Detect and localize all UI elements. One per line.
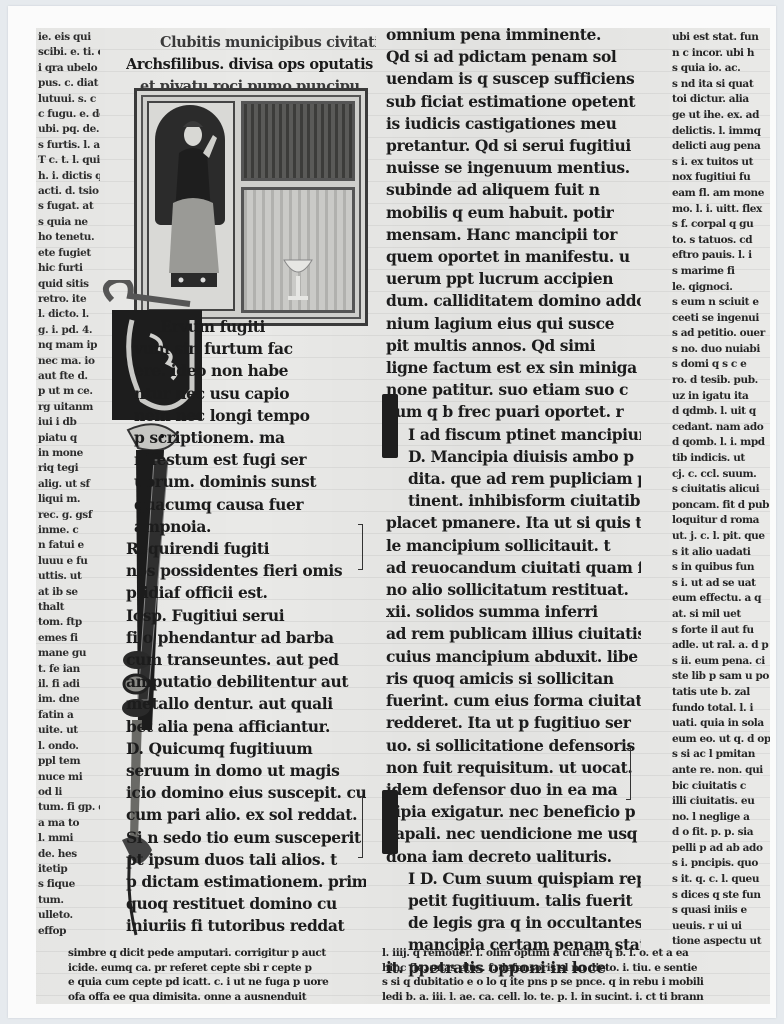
column-a: Ervum fugitivum sin furtum facere. ideo …: [126, 316, 366, 938]
gloss-line: s ciuitatis alicui: [672, 482, 770, 498]
text-line: nuisse se ingenuum mentius.: [386, 157, 641, 179]
gloss-line: effop: [38, 924, 100, 939]
seated-figure-icon: [163, 113, 219, 303]
gloss-line: eam fl. am mone: [672, 186, 770, 202]
gloss-line: s in quibus fun: [672, 560, 770, 576]
footer-gloss-line: hinc fle. pnas eius. f. defensoris sl no…: [382, 961, 770, 976]
gloss-line: ete fugiet: [38, 246, 100, 261]
gloss-line: p ut m ce.: [38, 384, 100, 399]
footer-gloss-left: simbre q dicit pede amputari. corrigitur…: [68, 946, 368, 1004]
gloss-line: s quasi iniis e: [672, 903, 770, 919]
gloss-line: tatis ute b. zal: [672, 685, 770, 701]
text-line: Si n sedo tio eum susceperit: [126, 827, 366, 849]
margin-bracket: [358, 796, 363, 858]
gloss-line: nq mam ip: [38, 338, 100, 353]
gloss-line: s dices q ste fun: [672, 888, 770, 904]
text-line: xii. solidos summa inferri: [386, 601, 641, 623]
gloss-line: s furtis. l. a: [38, 138, 100, 153]
gloss-line: s si ac l pmitan: [672, 747, 770, 763]
text-line: tinent. inhibisform ciuitatib p: [386, 490, 641, 512]
text-line: redderet. Ita ut p fugitiuo ser: [386, 712, 641, 734]
gloss-line: tum. fi gp. de: [38, 800, 100, 815]
gloss-line: ppl tem: [38, 754, 100, 769]
gloss-line: cj. c. ccl. suum.: [672, 467, 770, 483]
text-line: ampnoia.: [126, 516, 366, 538]
gloss-line: s eum n sciuit e: [672, 295, 770, 311]
gloss-line: h. i. dictis q: [38, 169, 100, 184]
gloss-line: c fugu. e. do: [38, 107, 100, 122]
gloss-line: mo. l. i. uitt. flex: [672, 202, 770, 218]
gloss-line: uati. quia in sola: [672, 716, 770, 732]
text-line: D. Quicumq fugitiuum: [126, 738, 366, 760]
text-line: ligne factum est ex sin miniga: [386, 357, 641, 379]
header-line: Clubitis municipibus civitatis r: [126, 32, 376, 54]
gloss-line: t. fe ian: [38, 662, 100, 677]
footer-gloss-line: e quia cum cepte pd icatt. c. i ut ne fu…: [68, 975, 368, 990]
text-line: uerum ppt lucrum accipien: [386, 268, 641, 290]
gloss-line: d qdmb. l. uit q: [672, 404, 770, 420]
text-line: I ad fiscum ptinet mancipium.: [386, 424, 641, 446]
gloss-line: aut fte d.: [38, 369, 100, 384]
text-line: cum transeuntes. aut ped: [126, 649, 366, 671]
text-line: D. Mancipia diuisis ambo p: [386, 446, 641, 468]
miniature-curtain-panel: [241, 187, 355, 313]
gloss-line: eftro pauis. l. i: [672, 248, 770, 264]
gloss-line: a ma to: [38, 816, 100, 831]
text-line: Requirendi fugiti: [126, 538, 366, 560]
gloss-line: d qomb. l. i. mpd: [672, 435, 770, 451]
gloss-line: cedant. nam ado: [672, 420, 770, 436]
text-line: dita. que ad rem pupliciam p: [386, 468, 641, 490]
text-line: sub ficiat estimatione opetent: [386, 91, 641, 113]
text-line: mobilis q eum habuit. potir: [386, 202, 641, 224]
gloss-line: alig. ut sf: [38, 477, 100, 492]
gloss-line: at ib se: [38, 585, 100, 600]
gloss-line: nuce mi: [38, 770, 100, 785]
text-line: none patitur. suo etiam suo c: [386, 379, 641, 401]
text-line: le mancipium sollicitauit. t: [386, 535, 641, 557]
gloss-line: illi ciuitatis. eu: [672, 794, 770, 810]
text-line: placet pmanere. Ita ut si quis ta: [386, 512, 641, 534]
gloss-line: im. dne: [38, 692, 100, 707]
gloss-line: tib indicis. ut: [672, 451, 770, 467]
gloss-line: nox fugitiui fu: [672, 170, 770, 186]
text-line: vum sin furtum fac: [126, 338, 366, 360]
text-line: Iosp. Fugitiui serui: [126, 605, 366, 627]
text-line: ad reuocandum ciuitati quam f: [386, 557, 641, 579]
footer-gloss-line: s si q dubitatio e o lo q ite pns p se p…: [382, 975, 770, 990]
text-line: omnium pena imminente.: [386, 28, 641, 46]
gloss-line: emes fi: [38, 631, 100, 646]
gloss-line: s fique: [38, 877, 100, 892]
gloss-line: od li: [38, 785, 100, 800]
gloss-line: liqui m.: [38, 492, 100, 507]
gloss-line: fatin a: [38, 708, 100, 723]
gloss-line: hic furti: [38, 261, 100, 276]
text-line: I D. Cum suum quispiam rep: [386, 868, 641, 890]
text-line: pfidiaf officii est.: [126, 582, 366, 604]
text-line: quem oportet in manifestu. u: [386, 246, 641, 268]
text-line: p dictam estimationem. primo: [126, 871, 366, 893]
text-line: capali. nec uendicione me usq: [386, 823, 641, 845]
gloss-line: delicti aug pena: [672, 139, 770, 155]
column-b: omnium pena imminente.Qd si ad pdictam p…: [386, 28, 641, 979]
gloss-line: toi dictur. alia: [672, 92, 770, 108]
text-line: uendam is q suscep sufficiens: [386, 68, 641, 90]
gloss-line: ste lib p sam u po: [672, 669, 770, 685]
text-line: no alio sollicitatum restituat.: [386, 579, 641, 601]
gloss-line: s quia ne: [38, 215, 100, 230]
gloss-line: eum eo. ut q. d op: [672, 732, 770, 748]
gloss-line: s nd ita si quat: [672, 77, 770, 93]
gloss-line: delictis. l. immq: [672, 124, 770, 140]
gloss-line: s domi q s c e: [672, 357, 770, 373]
gloss-line: s ii. eum pena. ci: [672, 654, 770, 670]
text-line: ntur nec usu capio: [126, 383, 366, 405]
text-line: quoq restituet domino cu: [126, 893, 366, 915]
gloss-line: s i. pncipis. quo: [672, 856, 770, 872]
gloss-line: uz in igatu ita: [672, 389, 770, 405]
photo-mount: ie. eis quiscibi. e. ti. ci qra ubelopus…: [8, 6, 776, 1018]
gloss-left-column: ie. eis quiscibi. e. ti. ci qra ubelopus…: [38, 30, 100, 939]
gloss-line: n fatui e: [38, 538, 100, 553]
text-line: pretantur. Qd si serui fugitiui: [386, 135, 641, 157]
gloss-line: ie. eis qui: [38, 30, 100, 45]
gloss-line: acti. d. tsio: [38, 184, 100, 199]
gloss-line: s forte il aut fu: [672, 623, 770, 639]
gloss-line: to. s tatuos. cd: [672, 233, 770, 249]
gloss-line: il. fi adi: [38, 677, 100, 692]
text-line: is iudicis castigationes meu: [386, 113, 641, 135]
footer-gloss-line: ofa offa ee qua dimisita. onne a ausnend…: [68, 990, 368, 1004]
text-line: fuerint. cum eius forma ciuitati: [386, 690, 641, 712]
text-line: pt ipsum duos tali alios. t: [126, 849, 366, 871]
manuscript-leaf: ie. eis quiscibi. e. ti. ci qra ubelopus…: [36, 28, 770, 1004]
text-line: mensam. Hanc mancipii tor: [386, 224, 641, 246]
gloss-line: ante re. non. qui: [672, 763, 770, 779]
gloss-line: uttis. ut: [38, 569, 100, 584]
gloss-line: s no. duo nuiabi: [672, 342, 770, 358]
text-line: dona iam decreto ualituris.: [386, 846, 641, 868]
footer-gloss-line: l. iiij. q remouer. l. olim optimi a cul…: [382, 946, 770, 961]
gloss-line: s marime fi: [672, 264, 770, 280]
initial-I-letter: [382, 790, 398, 854]
gloss-line: at. si mil uet: [672, 607, 770, 623]
gloss-line: l. dicto. l.: [38, 307, 100, 322]
text-line: cum q b frec puari oportet. r: [386, 401, 641, 423]
gloss-line: nec ma. io: [38, 354, 100, 369]
gloss-line: quid sitis: [38, 277, 100, 292]
footer-gloss-line: simbre q dicit pede amputari. corrigitur…: [68, 946, 368, 961]
gloss-line: retro. ite: [38, 292, 100, 307]
gloss-line: iui i db: [38, 415, 100, 430]
gloss-line: n c incor. ubi h: [672, 46, 770, 62]
gloss-line: ut. j. c. l. pit. que: [672, 529, 770, 545]
gloss-line: ge ut ihe. ex. ad: [672, 108, 770, 124]
gloss-line: inme. c: [38, 523, 100, 538]
text-line: cipia exigatur. nec beneficio p: [386, 801, 641, 823]
gloss-line: T c. t. l. qui: [38, 153, 100, 168]
gloss-line: adle. ut ral. a. d p: [672, 638, 770, 654]
gloss-line: in mone: [38, 446, 100, 461]
gloss-line: s it. q. c. l. queu: [672, 872, 770, 888]
gloss-line: lutuui. s. c: [38, 92, 100, 107]
text-line: nos possidentes fieri omis: [126, 560, 366, 582]
text-line: ad rem publicam illius ciuitatis.: [386, 623, 641, 645]
text-line: Ervum fugiti: [126, 316, 366, 338]
gloss-line: de. hes: [38, 847, 100, 862]
gloss-line: s i. ut ad se uat: [672, 576, 770, 592]
gloss-line: piatu q: [38, 431, 100, 446]
initial-I-letter: [382, 394, 398, 458]
gloss-line: no. l neglige a: [672, 810, 770, 826]
gloss-line: loquitur d roma: [672, 513, 770, 529]
footer-gloss-line: icide. eumq ca. pr referet cepte sbi r c…: [68, 961, 368, 976]
margin-bracket: [626, 748, 631, 800]
gloss-line: ubi est stat. fun: [672, 30, 770, 46]
gloss-line: ro. d tesib. pub.: [672, 373, 770, 389]
footer-gloss-right: l. iiij. q remouer. l. olim optimi a cul…: [382, 946, 770, 1004]
text-line: cuius mancipium abduxit. libe: [386, 646, 641, 668]
gloss-line: ubi. pq. de. 3. d: [38, 122, 100, 137]
text-line: p scriptionem. ma: [126, 427, 366, 449]
gloss-line: poncam. fit d pub: [672, 498, 770, 514]
gloss-line: s i. ex tuitos ut: [672, 155, 770, 171]
gloss-line: eum effectu. a q: [672, 591, 770, 607]
gloss-line: pelli p ad ab ado: [672, 841, 770, 857]
gloss-line: tum.: [38, 893, 100, 908]
gloss-line: le. qignoci.: [672, 280, 770, 296]
gloss-line: ueuis. r ui ui: [672, 919, 770, 935]
gloss-line: luuu e fu: [38, 554, 100, 569]
gloss-line: s it alio uadati: [672, 545, 770, 561]
gloss-line: uite. ut: [38, 723, 100, 738]
gloss-line: pus. c. diat: [38, 76, 100, 91]
gloss-line: s quia io. ac.: [672, 61, 770, 77]
gloss-line: s fugat. at: [38, 199, 100, 214]
text-line: amputatio debilitentur aut: [126, 671, 366, 693]
text-line: ris quoq amicis si sollicitan: [386, 668, 641, 690]
text-line: dum. calliditatem domino addo: [386, 290, 641, 312]
text-line: icio domino eius suscepit. cu: [126, 782, 366, 804]
text-line: nium lagium eius qui susce: [386, 313, 641, 335]
gloss-right-column: ubi est stat. funn c incor. ubi hs quia …: [672, 30, 770, 950]
text-line: Qd si ad pdictam penam sol: [386, 46, 641, 68]
gloss-line: d o fit. p. p. sia: [672, 825, 770, 841]
gloss-line: riq tegi: [38, 461, 100, 476]
text-line: bet alia pena afficiantur.: [126, 716, 366, 738]
gloss-line: ho tenetu.: [38, 230, 100, 245]
gloss-line: l. mmi: [38, 831, 100, 846]
text-line: ere. ideo non habe: [126, 360, 366, 382]
gloss-line: mane gu: [38, 646, 100, 661]
text-line: fi o phendantur ad barba: [126, 627, 366, 649]
gloss-line: s f. corpal q gu: [672, 217, 770, 233]
header-line: Archsfilibus. divisa ops oputatis ecto: [126, 54, 376, 76]
gloss-line: s ad petitio. ouer: [672, 326, 770, 342]
text-line: pit multis annos. Qd simi: [386, 335, 641, 357]
text-line: quacumq causa fuer: [126, 494, 366, 516]
text-line: metallo dentur. aut quali: [126, 693, 366, 715]
gloss-line: thalt: [38, 600, 100, 615]
text-line: nem nec longi tempo: [126, 405, 366, 427]
gloss-line: scibi. e. ti. c: [38, 45, 100, 60]
miniature-drapery-panel: [241, 101, 355, 181]
gloss-line: i qra ubelo: [38, 61, 100, 76]
gloss-line: rg uitanm: [38, 400, 100, 415]
text-line: subinde ad aliquem fuit n: [386, 179, 641, 201]
text-line: idem defensor duo in ea ma: [386, 779, 641, 801]
gloss-line: g. i. pd. 4.: [38, 323, 100, 338]
text-line: de legis gra q in occultantes o: [386, 912, 641, 934]
text-line: cum pari alio. ex sol reddat.: [126, 804, 366, 826]
text-line: uo. si sollicitatione defensoris: [386, 735, 641, 757]
gloss-line: rec. g. gsf: [38, 508, 100, 523]
gloss-line: tom. ftp: [38, 615, 100, 630]
margin-bracket: [358, 524, 363, 570]
gloss-line: fundo total. l. i: [672, 701, 770, 717]
chalice-icon: [244, 190, 352, 310]
gloss-line: l. ondo.: [38, 739, 100, 754]
text-line: seruum in domo ut magis: [126, 760, 366, 782]
text-line: iniuriis fi tutoribus reddat: [126, 915, 366, 937]
text-line: non fuit requisitum. ut uocat.: [386, 757, 641, 779]
text-line: nifestum est fugi ser: [126, 449, 366, 471]
text-line: uorum. dominis sunst: [126, 471, 366, 493]
footer-gloss-line: ledi b. a. iii. l. ae. ca. cell. lo. te.…: [382, 990, 770, 1004]
text-line: petit fugitiuum. talis fuerit: [386, 890, 641, 912]
gloss-line: ceeti se ingenui: [672, 311, 770, 327]
gloss-line: ulleto.: [38, 908, 100, 923]
gloss-line: bic ciuitatis c: [672, 779, 770, 795]
gloss-line: itetip: [38, 862, 100, 877]
